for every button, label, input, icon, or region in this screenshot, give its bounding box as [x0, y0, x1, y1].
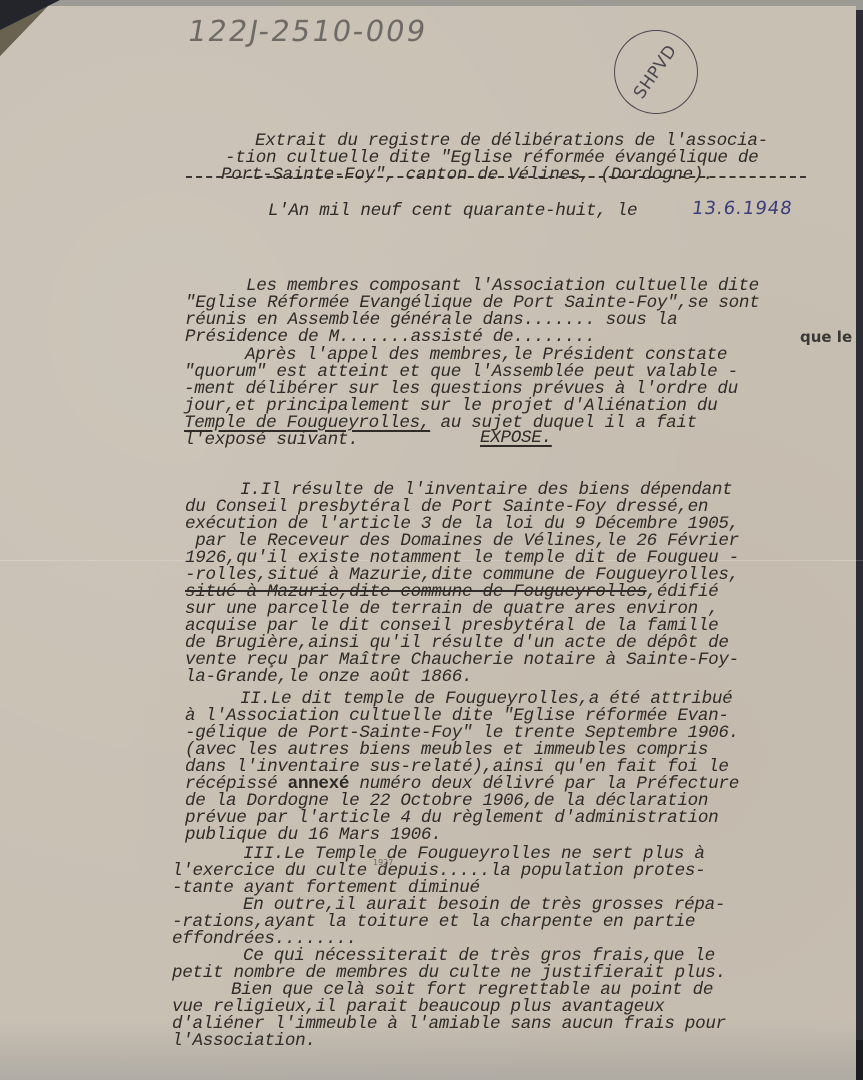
handwritten-year: 1927 — [373, 858, 393, 867]
section-III: III.Le Temple de Fougueyrolles ne sert p… — [243, 829, 726, 1050]
handwritten-insert: que le — [800, 328, 852, 346]
heading-divider — [186, 176, 806, 178]
quorum-line: au sujet duquel il a fait — [430, 413, 697, 433]
section-II: II.Le dit temple de Fougueyrolles,a été … — [240, 674, 739, 844]
archive-stamp: SHPVD — [614, 30, 698, 114]
archive-reference-number: 122J-2510-009 — [185, 14, 430, 48]
handwritten-date: 13.6.1948 — [691, 198, 795, 219]
document-heading: Extrait du registre de délibérations de … — [255, 116, 768, 184]
stamp-text: SHPVD — [630, 41, 681, 102]
section-title-text: EXPOSE. — [480, 428, 552, 448]
section-title: EXPOSE. — [480, 430, 552, 447]
scanner-background-edge — [856, 1040, 863, 1080]
section-I: I.Il résulte de l'inventaire des biens d… — [240, 465, 739, 686]
date-line: L'An mil neuf cent quarante-huit, le — [268, 203, 637, 220]
quorum-line: l'exposé suivant. — [184, 432, 738, 449]
section-line: l'Association. — [172, 1033, 726, 1050]
